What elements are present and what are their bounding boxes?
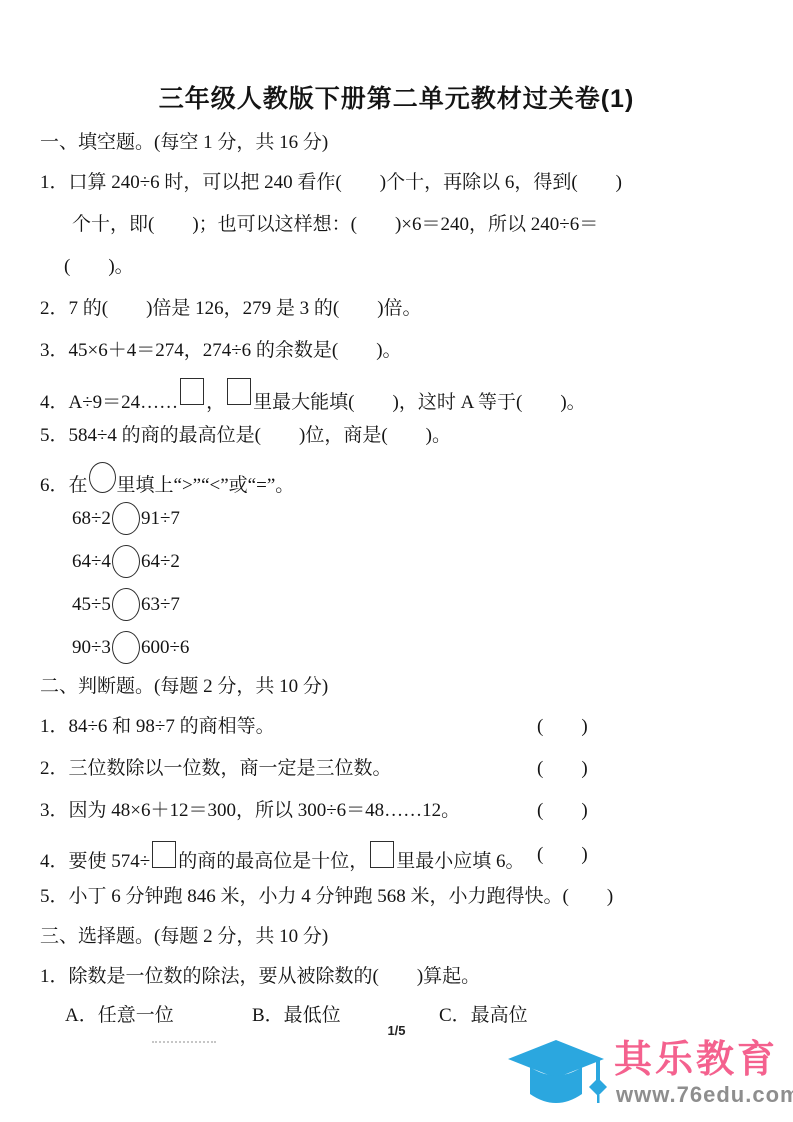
s1-q4-text3: 里最大能填( )，这时 A 等于( )。	[253, 392, 585, 413]
compare-right: 64÷2	[141, 548, 180, 575]
compare-circle-icon	[112, 545, 140, 578]
blank-square-icon	[227, 378, 251, 405]
s2-q4-text3: 里最小应填 6。	[396, 851, 524, 872]
answer-blank: ( )	[537, 755, 588, 782]
s2-q4-text2: 的商的最高位是十位，	[178, 851, 368, 872]
brand-url: www.76edu.com	[616, 1082, 793, 1108]
s1-q1-line2: 个十，即( )；也可以这样想：( )×6＝240，所以 240÷6＝	[72, 211, 598, 238]
s2-q5: 5．小丁 6 分钟跑 846 米，小力 4 分钟跑 568 米，小力跑得快。( …	[40, 883, 613, 910]
compare-left: 64÷4	[72, 548, 111, 575]
s1-q4-text2: ，	[206, 392, 225, 413]
page-title: 三年级人教版下册第二单元教材过关卷(1)	[0, 84, 793, 114]
s2-q1: 1．84÷6 和 98÷7 的商相等。 ( )	[40, 713, 275, 740]
compare-circle-icon	[112, 502, 140, 535]
dotted-divider	[152, 1041, 216, 1043]
compare-circle-icon	[112, 631, 140, 664]
s1-q6-row: 45÷563÷7	[72, 588, 180, 621]
s1-q3: 3．45×6＋4＝274，274÷6 的余数是( )。	[40, 337, 402, 364]
answer-blank: ( )	[537, 797, 588, 824]
blank-square-icon	[370, 841, 394, 868]
s1-q6-text1: 6．在	[40, 475, 88, 496]
compare-right: 91÷7	[141, 505, 180, 532]
s1-q5: 5．584÷4 的商的最高位是( )位，商是( )。	[40, 422, 451, 449]
section1-heading: 一、填空题。(每空 1 分，共 16 分)	[40, 129, 328, 156]
s1-q2: 2．7 的( )倍是 126，279 是 3 的( )倍。	[40, 295, 422, 322]
compare-circle-icon	[112, 588, 140, 621]
brand-logo: 其乐教育 www.76edu.com	[508, 1036, 793, 1120]
blank-square-icon	[180, 378, 204, 405]
s2-q3-text: 3．因为 48×6＋12＝300，所以 300÷6＝48……12。	[40, 800, 460, 821]
s1-q1-line1: 1．口算 240÷6 时，可以把 240 看作( )个十，再除以 6，得到( )	[40, 169, 622, 196]
answer-blank: ( )	[537, 713, 588, 740]
brand-name: 其乐教育	[614, 1040, 778, 1080]
s2-q2-text: 2．三位数除以一位数，商一定是三位数。	[40, 758, 392, 779]
s2-q4: 4．要使 574÷的商的最高位是十位，里最小应填 6。 ( )	[40, 841, 524, 875]
s1-q6-row: 64÷464÷2	[72, 545, 180, 578]
s2-q2: 2．三位数除以一位数，商一定是三位数。 ( )	[40, 755, 392, 782]
compare-left: 90÷3	[72, 634, 111, 661]
s1-q1-line3: ( )。	[64, 253, 134, 280]
answer-blank: ( )	[563, 886, 614, 907]
s2-q3: 3．因为 48×6＋12＝300，所以 300÷6＝48……12。 ( )	[40, 797, 460, 824]
s2-q5-text: 5．小丁 6 分钟跑 846 米，小力 4 分钟跑 568 米，小力跑得快。	[40, 886, 563, 907]
section2-heading: 二、判断题。(每题 2 分，共 10 分)	[40, 673, 328, 700]
s1-q6-row: 68÷291÷7	[72, 502, 180, 535]
compare-left: 68÷2	[72, 505, 111, 532]
answer-blank: ( )	[537, 841, 588, 868]
s3-q1: 1．除数是一位数的除法，要从被除数的( )算起。	[40, 963, 480, 990]
graduation-cap-icon	[508, 1040, 608, 1118]
s2-q1-text: 1．84÷6 和 98÷7 的商相等。	[40, 716, 275, 737]
s1-q6-text2: 里填上“>”“<”或“=”。	[117, 475, 295, 496]
s1-q6-row: 90÷3600÷6	[72, 631, 189, 664]
blank-square-icon	[152, 841, 176, 868]
s1-q4-text1: 4．A÷9＝24……	[40, 392, 178, 413]
compare-right: 600÷6	[141, 634, 189, 661]
compare-right: 63÷7	[141, 591, 180, 618]
s1-q4: 4．A÷9＝24……，里最大能填( )，这时 A 等于( )。	[40, 378, 586, 416]
section3-heading: 三、选择题。(每题 2 分，共 10 分)	[40, 923, 328, 950]
worksheet-page: 三年级人教版下册第二单元教材过关卷(1) 一、填空题。(每空 1 分，共 16 …	[0, 0, 793, 1122]
s2-q4-text1: 4．要使 574÷	[40, 851, 150, 872]
compare-circle-icon	[89, 462, 116, 493]
compare-left: 45÷5	[72, 591, 111, 618]
s1-q6: 6．在里填上“>”“<”或“=”。	[40, 462, 294, 499]
